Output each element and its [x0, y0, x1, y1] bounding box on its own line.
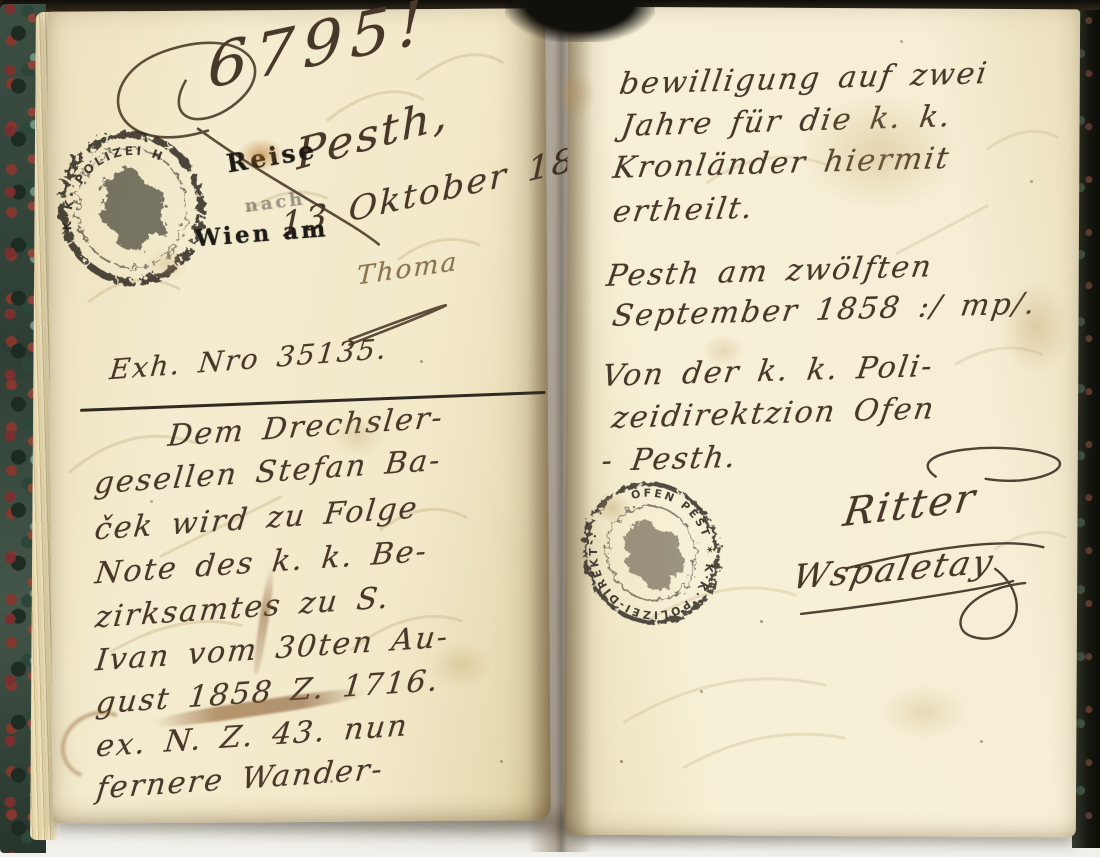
clerk-signature: Thoma	[357, 247, 459, 291]
file-number-heading: Exh. Nro 35135.	[108, 332, 390, 386]
left-page: 6795! Pesth, 13 Oktober 1858. Thoma K·K·	[47, 8, 551, 823]
body-line: bewilligung auf zwei	[617, 56, 991, 102]
issuer-line: Von der k. k. Poli-	[600, 349, 937, 394]
body-line: Jahre für die k. k.	[619, 99, 954, 144]
signature-line: Wspaletay	[789, 542, 998, 598]
place-date-line: Pesth am zwölften	[604, 249, 935, 294]
docket-number: 6795!	[207, 0, 430, 103]
place-date-line: September 1858 :/ mp/.	[610, 286, 1039, 333]
body-line: ertheilt.	[611, 191, 757, 230]
scanned-book-spread: 6795! Pesth, 13 Oktober 1858. Thoma K·K·	[0, 0, 1100, 857]
stamp-overlay-line-3: Wien am	[194, 215, 329, 252]
right-page: bewilligung auf zwei Jahre für die k. k.…	[564, 7, 1080, 838]
double-eagle-emblem-icon	[612, 509, 695, 598]
spine-top-shadow	[505, 0, 655, 42]
pest-police-stamp-icon: OFEN PEST ✶ K·K· POLIZEI-DIREKT ·	[557, 457, 745, 649]
body-line: Kronländer hiermit	[611, 141, 953, 186]
issuer-line: zeidirektzion Ofen	[609, 391, 937, 435]
double-eagle-emblem-icon	[92, 161, 172, 254]
vienna-police-stamp-icon: K·K· POLIZEI H	[44, 117, 220, 299]
signature-line: Ritter	[841, 475, 980, 536]
visa-destination: Pesth,	[295, 89, 450, 180]
